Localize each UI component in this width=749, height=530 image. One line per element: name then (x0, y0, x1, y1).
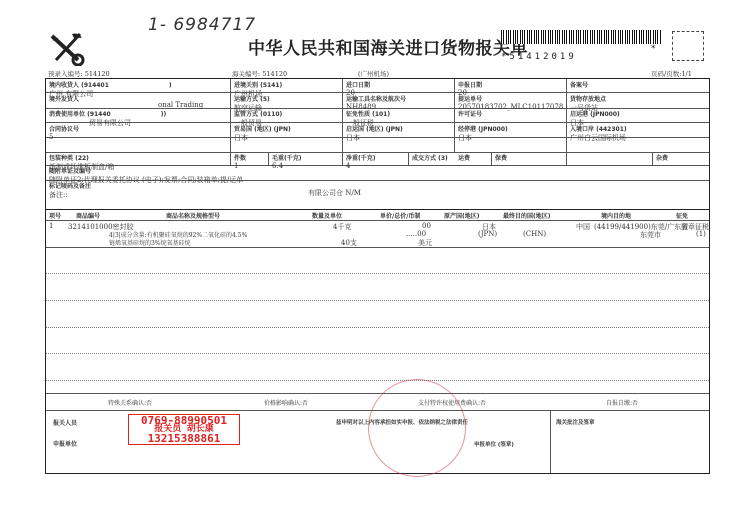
entry-port-label: 入境口岸 (442301) (570, 124, 627, 133)
goods-item-code: 3214101000 (68, 223, 113, 231)
goods-header-name: 商品名称及规格型号 (166, 211, 220, 220)
goods-header-qty: 数量及单位 (312, 211, 342, 220)
marks-remarks-value-2: 有限公司仓 N/M (308, 188, 361, 198)
freight-label: 运费 (458, 153, 470, 162)
transaction-mode: 成交方式 (3) (412, 153, 448, 162)
storage-location-label: 货物存放地点 (570, 94, 606, 103)
customs-number: 海关编号: 514120 (232, 69, 287, 78)
goods-item-destination: 中国 (576, 222, 590, 232)
self-declare-confirm: 自报自缴:否 (606, 398, 638, 407)
transit-port-label: 经停港 (JPN000) (458, 124, 508, 133)
overseas-consignor: 境外发货人 (49, 94, 79, 103)
customs-number-value: 514120 (262, 70, 287, 78)
goods-item-unit-price: 00 (422, 222, 431, 230)
goods-item-domestic-destination-2: 东莞市 (640, 230, 661, 240)
barcode: *51412019 * (501, 30, 661, 63)
import-date-label: 进口日期 (346, 80, 370, 89)
record-number-label: 备案号 (570, 80, 588, 89)
price-impact-confirm: 价格影响确认:否 (264, 398, 308, 407)
preentry-value: 514120 (85, 70, 110, 78)
net-weight: 净重(千克) 4 (346, 153, 376, 170)
departure-country-value: 日本 (346, 133, 403, 143)
declarant-label: 报关人员 (53, 418, 77, 427)
freight: 运费 - (458, 153, 470, 170)
gross-weight: 毛重(千克) 6.4 (272, 153, 302, 170)
goods-item-qty-1: 4千克 (333, 222, 351, 232)
freight-value: - (458, 162, 470, 170)
goods-item-destination-code: (CHN) (523, 230, 546, 238)
trade-country-label: 贸易国 (地区) (JPN) (234, 124, 291, 133)
departure-country: 启运国 (地区) (JPN) 日本 (346, 124, 403, 143)
goods-header-code: 商品编号 (76, 211, 100, 220)
piece-count-label: 件数 (234, 153, 246, 162)
misc-fees: 杂费 (656, 153, 668, 162)
marks-remarks-value: 备注:: (49, 190, 91, 200)
transit-port: 经停港 (JPN000) 日本 (458, 124, 508, 143)
special-relationship-confirm: 特殊关系确认:否 (108, 398, 152, 407)
declaring-unit-signature: 申报单位 (签章) (474, 440, 514, 448)
declaring-unit-label: 申报单位 (53, 439, 77, 448)
gross-weight-value: 6.4 (272, 162, 302, 170)
declarant-stamp: 0769-88990501 报关员 胡长康 13215388861 (128, 414, 240, 445)
marks-remarks: 标记唛码及备注 备注:: (49, 181, 91, 200)
customs-emblem-icon (48, 30, 90, 66)
net-weight-value: 4 (346, 162, 376, 170)
handwritten-number: 1- 6984717 (148, 15, 256, 35)
domestic-consignee-label: 境内收货人 (914401 (49, 82, 109, 89)
transit-port-value: 日本 (458, 133, 508, 143)
preentry-number: 预录入编号: 514120 (48, 69, 110, 78)
barcode-suffix: * (651, 44, 659, 54)
attached-documents-label: 随附单证及编号 (49, 166, 243, 175)
preentry-label: 预录入编号: (48, 70, 83, 78)
overseas-consignor-value: onal Trading (158, 101, 203, 109)
levy-nature-label: 征免性质 (101) (346, 109, 390, 118)
entry-customs-label: 进境关别 (5141) (234, 80, 282, 89)
goods-header-origin: 原产国(地区) (444, 211, 480, 220)
goods-item-currency: 美元 (418, 238, 432, 248)
goods-header-destination: 最终目的国(地区) (503, 211, 551, 220)
departure-port-label: 启运港 (JPN000) (570, 109, 620, 118)
misc-fees-label: 杂费 (656, 153, 668, 162)
insurance: 保费 (495, 153, 507, 162)
consumer-unit-bracket: )) (161, 111, 166, 118)
trade-country: 贸易国 (地区) (JPN) 日本 (234, 124, 291, 143)
overseas-consignor-label: 境外发货人 (49, 94, 79, 103)
package-type-label: 包装种类 (22) (49, 153, 114, 162)
barcode-text: *51412019 (501, 52, 577, 62)
customs-number-label: 海关编号: (232, 70, 260, 78)
qr-code (672, 31, 704, 61)
license-number: 许可证号 (458, 109, 482, 118)
contract-number: 合同协议号 5 (49, 124, 79, 141)
departure-country-label: 启运国 (地区) (JPN) (346, 124, 403, 133)
record-number: 备案号 (570, 80, 588, 89)
page-count: 页码/页数:1/1 (651, 69, 692, 78)
transport-mode-label: 运输方式 (5) (234, 94, 270, 103)
net-weight-label: 净重(千克) (346, 153, 376, 162)
declaration-date-label: 申报日期 (458, 80, 482, 89)
customs-approval-signature: 海关批注及签章 (556, 418, 595, 426)
goods-item-no: 1 (49, 222, 53, 230)
company-seal (368, 379, 466, 477)
entry-port: 入境口岸 (442301) 广州白云国际机场 (570, 124, 627, 143)
goods-item-spec-2: 链烯氧基硅烷的3%烷氧基硅烷 (109, 238, 191, 247)
marks-remarks-label: 标记唛码及备注 (49, 181, 91, 190)
goods-item-total-price: .....00 (406, 230, 426, 238)
contract-number-label: 合同协议号 (49, 124, 79, 133)
domestic-consignee-bracket: ) (169, 82, 172, 89)
barcode-bars (501, 30, 661, 44)
goods-header-levy: 征免 (676, 211, 688, 220)
contract-number-value: 5 (49, 133, 79, 141)
declaration-form: 境内收货人 (914401) 广州 有限公司 进境关别 (5141) 广州机场 … (45, 78, 710, 474)
customs-location: (广州机场) (358, 69, 389, 78)
goods-header-item-no: 项号 (49, 211, 61, 220)
goods-header-domestic-destination: 境内目的地 (601, 211, 631, 220)
supervision-mode-label: 监管方式 (0110) (234, 109, 282, 118)
gross-weight-label: 毛重(千克) (272, 153, 302, 162)
entry-port-value: 广州白云国际机场 (570, 133, 627, 143)
goods-item-qty-2: 40支 (341, 238, 357, 248)
consumer-unit-label: 消费使用单位 (91440 (49, 111, 111, 118)
transaction-mode-label: 成交方式 (3) (412, 153, 448, 162)
goods-item-origin-code: (JPN) (478, 230, 497, 238)
insurance-label: 保费 (495, 153, 507, 162)
transport-vehicle-label: 运输工具名称及航次号 (346, 94, 406, 103)
license-number-label: 许可证号 (458, 109, 482, 118)
goods-item-levy-code: (1) (696, 230, 706, 238)
bill-of-lading-label: 提运单号 (458, 94, 563, 103)
page-title: 中华人民共和国海关进口货物报关单 (248, 34, 528, 59)
trade-country-value: 日本 (234, 133, 291, 143)
stamp-mobile: 13215388861 (131, 434, 237, 443)
goods-header-price: 单价/总价/币制 (380, 211, 420, 220)
